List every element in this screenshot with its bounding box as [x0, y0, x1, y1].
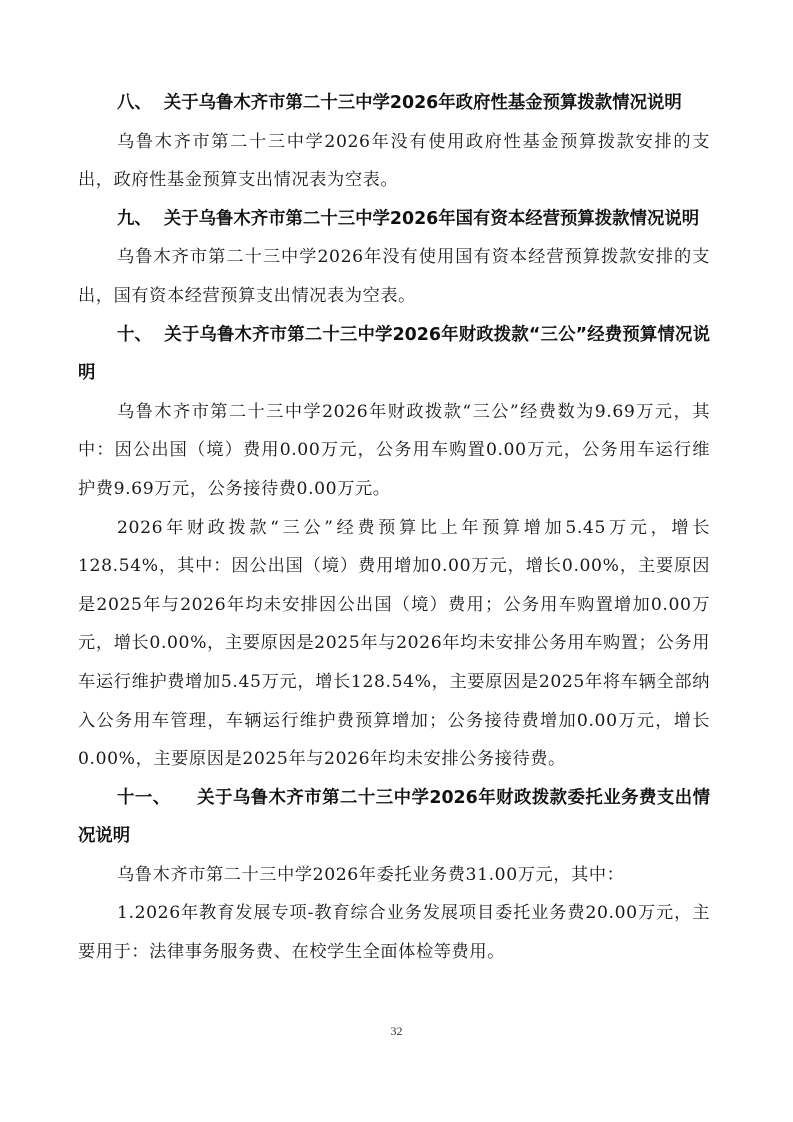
paragraph: 乌鲁木齐市第二十三中学2026年没有使用国有资本经营预算拨款安排的支出，国有资本… — [78, 238, 710, 315]
section-number: 九、 — [117, 209, 152, 229]
paragraph: 乌鲁木齐市第二十三中学2026年财政拨款“三公”经费数为9.69万元，其中：因公… — [78, 393, 710, 509]
paragraph: 乌鲁木齐市第二十三中学2026年委托业务费31.00万元，其中： — [78, 856, 710, 895]
section-title: 关于乌鲁木齐市第二十三中学2026年国有资本经营预算拨款情况说明 — [164, 209, 699, 229]
section-10: 十、关于乌鲁木齐市第二十三中学2026年财政拨款“三公”经费预算情况说明 乌鲁木… — [78, 316, 710, 779]
paragraph: 2026年财政拨款“三公”经费预算比上年预算增加5.45万元，增长128.54%… — [78, 509, 710, 779]
section-number: 八、 — [117, 93, 152, 113]
section-heading: 十、关于乌鲁木齐市第二十三中学2026年财政拨款“三公”经费预算情况说明 — [78, 316, 710, 393]
section-heading: 九、关于乌鲁木齐市第二十三中学2026年国有资本经营预算拨款情况说明 — [78, 200, 710, 239]
section-9: 九、关于乌鲁木齐市第二十三中学2026年国有资本经营预算拨款情况说明 乌鲁木齐市… — [78, 200, 710, 316]
paragraph: 乌鲁木齐市第二十三中学2026年没有使用政府性基金预算拨款安排的支出，政府性基金… — [78, 123, 710, 200]
section-8: 八、关于乌鲁木齐市第二十三中学2026年政府性基金预算拨款情况说明 乌鲁木齐市第… — [78, 84, 710, 200]
section-title: 关于乌鲁木齐市第二十三中学2026年政府性基金预算拨款情况说明 — [164, 93, 682, 113]
section-number: 十、 — [117, 325, 152, 345]
page-number: 32 — [0, 1024, 793, 1039]
section-number: 十一、 — [117, 788, 171, 808]
section-heading: 八、关于乌鲁木齐市第二十三中学2026年政府性基金预算拨款情况说明 — [78, 84, 710, 123]
document-page: 八、关于乌鲁木齐市第二十三中学2026年政府性基金预算拨款情况说明 乌鲁木齐市第… — [78, 84, 710, 972]
section-title: 关于乌鲁木齐市第二十三中学2026年财政拨款委托业务费支出情况说明 — [78, 788, 710, 847]
paragraph: 1.2026年教育发展专项-教育综合业务发展项目委托业务费20.00万元，主要用… — [78, 894, 710, 971]
section-11: 十一、关于乌鲁木齐市第二十三中学2026年财政拨款委托业务费支出情况说明 乌鲁木… — [78, 779, 710, 972]
section-title: 关于乌鲁木齐市第二十三中学2026年财政拨款“三公”经费预算情况说明 — [78, 325, 710, 384]
section-heading: 十一、关于乌鲁木齐市第二十三中学2026年财政拨款委托业务费支出情况说明 — [78, 779, 710, 856]
